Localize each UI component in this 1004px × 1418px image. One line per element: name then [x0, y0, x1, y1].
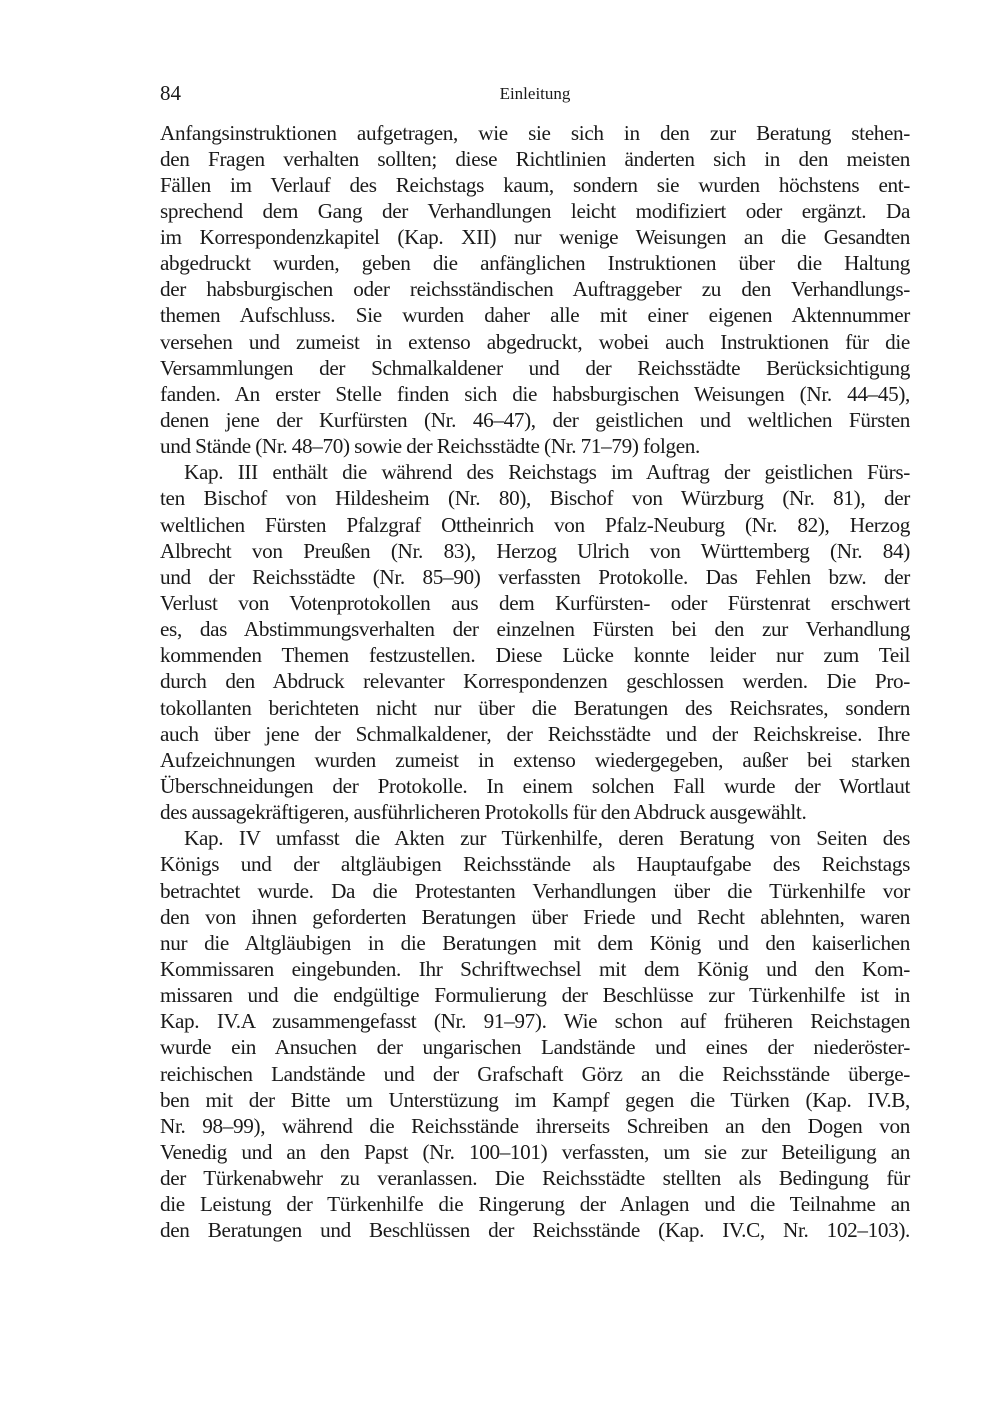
text-line: versehen und zumeist in extenso abgedruc…: [160, 329, 910, 355]
text-line: sprechend dem Gang der Verhandlungen lei…: [160, 198, 910, 224]
text-line: Kap. IV.A zusammengefasst (Nr. 91–97). W…: [160, 1008, 910, 1034]
text-line: der Türkenabwehr zu veranlassen. Die Rei…: [160, 1165, 910, 1191]
text-line: Versammlungen der Schmalkaldener und der…: [160, 355, 910, 381]
text-line: reichischen Landstände und der Grafschaf…: [160, 1061, 910, 1087]
text-line: weltlichen Fürsten Pfalzgraf Ottheinrich…: [160, 512, 910, 538]
body-text: Anfangsinstruktionen aufgetragen, wie si…: [160, 120, 910, 1244]
text-line: ten Bischof von Hildesheim (Nr. 80), Bis…: [160, 485, 910, 511]
text-line: Anfangsinstruktionen aufgetragen, wie si…: [160, 120, 910, 146]
paragraph: Kap. IV umfasst die Akten zur Türkenhilf…: [160, 825, 910, 1243]
text-line: Albrecht von Preußen (Nr. 83), Herzog Ul…: [160, 538, 910, 564]
text-line: nur die Altgläubigen in die Beratungen m…: [160, 930, 910, 956]
text-line: durch den Abdruck relevanter Korresponde…: [160, 668, 910, 694]
text-line: tokollanten berichteten nicht nur über d…: [160, 695, 910, 721]
text-line: betrachtet wurde. Da die Protestanten Ve…: [160, 878, 910, 904]
text-line: der habsburgischen oder reichsständische…: [160, 276, 910, 302]
text-line: des aussagekräftigeren, ausführlicheren …: [160, 799, 910, 825]
text-line: den Beratungen und Beschlüssen der Reich…: [160, 1217, 910, 1243]
text-line: missaren und die endgültige Formulierung…: [160, 982, 910, 1008]
text-line: und Stände (Nr. 48–70) sowie der Reichss…: [160, 433, 910, 459]
text-line: Verlust von Votenprotokollen aus dem Kur…: [160, 590, 910, 616]
text-line: Kap. III enthält die während des Reichst…: [160, 459, 910, 485]
text-line: denen jene der Kurfürsten (Nr. 46–47), d…: [160, 407, 910, 433]
text-line: Nr. 98–99), während die Reichsstände ihr…: [160, 1113, 910, 1139]
text-line: im Korrespondenzkapitel (Kap. XII) nur w…: [160, 224, 910, 250]
text-line: und der Reichsstädte (Nr. 85–90) verfass…: [160, 564, 910, 590]
text-line: Königs und der altgläubigen Reichsstände…: [160, 851, 910, 877]
text-line: auch über jene der Schmalkaldener, der R…: [160, 721, 910, 747]
text-line: es, das Abstimmungsverhalten der einzeln…: [160, 616, 910, 642]
text-line: Fällen im Verlauf des Reichstags kaum, s…: [160, 172, 910, 198]
document-page: 84 Einleitung Anfangsinstruktionen aufge…: [0, 0, 1004, 1418]
paragraph: Kap. III enthält die während des Reichst…: [160, 459, 910, 825]
text-line: Überschneidungen der Protokolle. In eine…: [160, 773, 910, 799]
text-line: Venedig und an den Papst (Nr. 100–101) v…: [160, 1139, 910, 1165]
text-line: fanden. An erster Stelle finden sich die…: [160, 381, 910, 407]
text-line: abgedruckt wurden, geben die anfängliche…: [160, 250, 910, 276]
text-line: wurde ein Ansuchen der ungarischen Lands…: [160, 1034, 910, 1060]
text-line: ben mit der Bitte um Unterstüzung im Kam…: [160, 1087, 910, 1113]
text-line: die Leistung der Türkenhilfe die Ringeru…: [160, 1191, 910, 1217]
text-line: kommenden Themen festzustellen. Diese Lü…: [160, 642, 910, 668]
text-line: den Fragen verhalten sollten; diese Rich…: [160, 146, 910, 172]
text-line: themen Aufschluss. Sie wurden daher alle…: [160, 302, 910, 328]
text-line: Kommissaren eingebunden. Ihr Schriftwech…: [160, 956, 910, 982]
paragraph: Anfangsinstruktionen aufgetragen, wie si…: [160, 120, 910, 460]
text-line: Aufzeichnungen wurden zumeist in extenso…: [160, 747, 910, 773]
running-title: Einleitung: [160, 82, 910, 106]
text-line: den von ihnen geforderten Beratungen übe…: [160, 904, 910, 930]
text-line: Kap. IV umfasst die Akten zur Türkenhilf…: [160, 825, 910, 851]
